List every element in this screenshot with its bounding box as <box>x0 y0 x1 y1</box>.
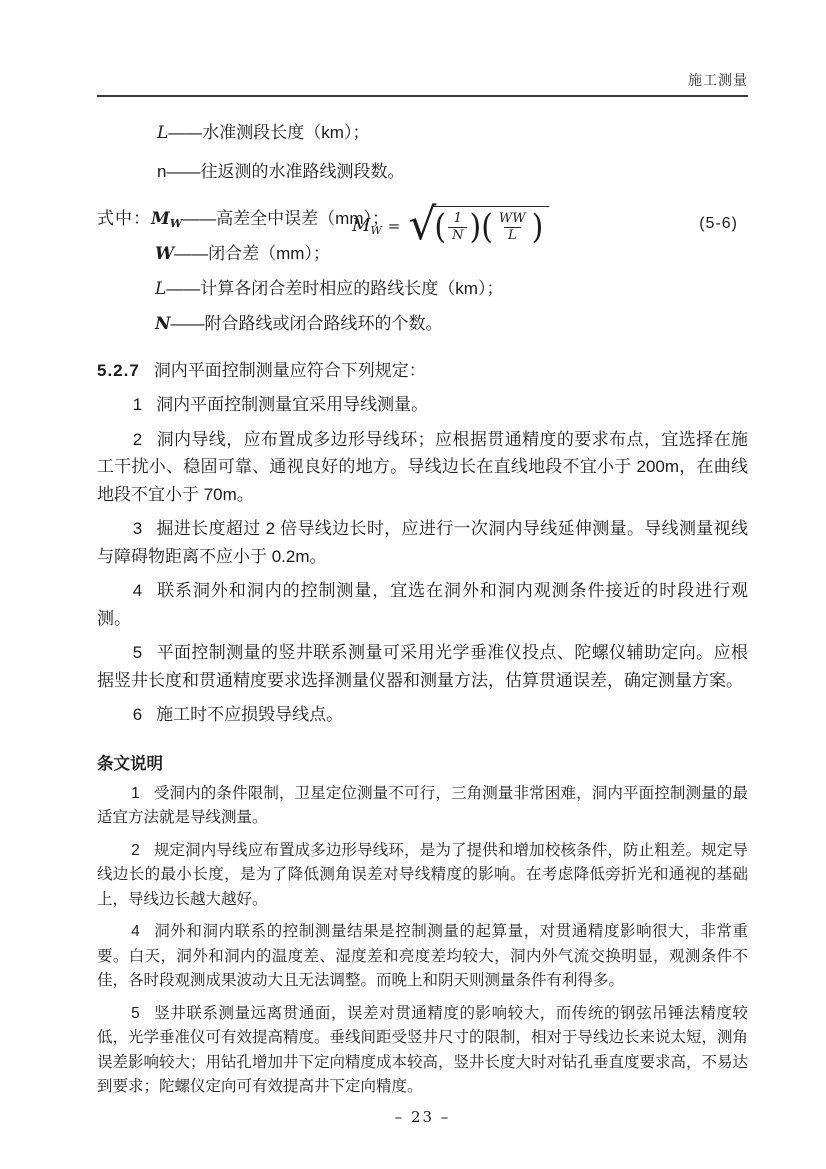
definition-text: ——水准测段长度（km）； <box>168 123 369 142</box>
item-number: 4 <box>131 923 140 940</box>
square-root: √ ( 1 N ) ( WW L ) <box>408 203 549 248</box>
clause-item-3: 3掘进长度超过 2 倍导线边长时，应进行一次洞内导线延伸测量。导线测量视线与障碍… <box>97 515 748 570</box>
commentary-heading: 条文说明 <box>97 750 748 774</box>
math-symbol: L <box>155 279 166 299</box>
close-paren: ) <box>532 211 544 245</box>
item-number: 2 <box>133 430 142 449</box>
item-text: 平面控制测量的竖井联系测量可采用光学垂准仪投点、陀螺仪辅助定向。应根据竖井长度和… <box>97 643 748 690</box>
item-number: 1 <box>131 785 140 802</box>
item-text: 洞外和洞内联系的控制测量结果是控制测量的起算量，对贯通精度影响很大，非常重要。白… <box>97 923 748 989</box>
page-number: – 23 – <box>97 1108 748 1126</box>
item-text: 受洞内的条件限制，卫星定位测量不可行，三角测量非常困难，洞内平面控制测量的最适宜… <box>97 785 748 827</box>
commentary-item-2: 2规定洞内导线应布置成多边形导线环，是为了提供和增加校核条件，防止粗差。规定导线… <box>97 839 748 913</box>
close-paren: ) <box>469 211 481 245</box>
running-header-title: 施工测量 <box>688 72 748 88</box>
item-number: 2 <box>131 842 140 859</box>
commentary-item-4: 4洞外和洞内联系的控制测量结果是控制测量的起算量，对贯通精度影响很大，非常重要。… <box>97 920 748 994</box>
item-number: 6 <box>133 705 142 724</box>
item-text: 掘进长度超过 2 倍导线边长时，应进行一次洞内导线延伸测量。导线测量视线与障碍物… <box>97 519 748 566</box>
definition-line: n——往返测的水准路线测段数。 <box>97 152 748 191</box>
clause-item-6: 6施工时不应损毁导线点。 <box>97 701 748 729</box>
where-line: N——附合路线或闭合路线环的个数。 <box>97 306 748 341</box>
definition-line: L——水准测段长度（km）； <box>97 113 748 152</box>
where-line: L——计算各闭合差时相应的路线长度（km）； <box>97 271 748 306</box>
fraction-WW-over-L: WW L <box>495 212 530 244</box>
item-text: 洞内平面控制测量宜采用导线测量。 <box>156 395 428 414</box>
open-paren: ( <box>481 211 493 245</box>
math-symbol: N <box>155 314 171 334</box>
commentary-item-5: 5竖井联系测量远离贯通面，误差对贯通精度的影响较大，而传统的钢弦吊锤法精度较低，… <box>97 1002 748 1100</box>
clause-title: 5.2.7洞内平面控制测量应符合下列规定： <box>97 357 748 385</box>
math-symbol: W <box>155 244 174 264</box>
item-text: 洞内导线，应布置成多边形导线环；应根据贯通精度的要求布点，宜选择在施工干扰小、稳… <box>97 430 748 504</box>
item-number: 5 <box>131 1005 140 1022</box>
symbol-definitions-top: L——水准测段长度（km）； n——往返测的水准路线测段数。 <box>97 113 748 191</box>
clause-number: 5.2.7 <box>97 361 140 380</box>
equation-number: (5-6) <box>699 215 738 233</box>
document-page: 施工测量 L——水准测段长度（km）； n——往返测的水准路线测段数。 MW =… <box>0 0 826 1169</box>
where-label: 式中： <box>97 209 151 228</box>
clause-title-text: 洞内平面控制测量应符合下列规定： <box>154 361 426 380</box>
clause-item-1: 1洞内平面控制测量宜采用导线测量。 <box>97 391 748 419</box>
item-number: 5 <box>133 643 142 662</box>
item-text: 联系洞外和洞内的控制测量，宜选在洞外和洞内观测条件接近的时段进行观测。 <box>97 581 748 628</box>
equals-sign: = <box>388 217 401 235</box>
item-text: 规定洞内导线应布置成多边形导线环，是为了提供和增加校核条件，防止粗差。规定导线边… <box>97 842 748 908</box>
definition-text: ——附合路线或闭合路线环的个数。 <box>171 314 443 333</box>
item-number: 4 <box>133 581 142 600</box>
radicand: ( 1 N ) ( WW L ) <box>432 206 549 248</box>
clause-item-4: 4联系洞外和洞内的控制测量，宜选在洞外和洞内观测条件接近的时段进行观测。 <box>97 577 748 632</box>
commentary-section: 条文说明 1受洞内的条件限制，卫星定位测量不可行，三角测量非常困难，洞内平面控制… <box>97 750 748 1108</box>
definition-text: ——往返测的水准路线测段数。 <box>166 162 404 181</box>
definition-text: ——闭合差（mm）； <box>174 244 330 263</box>
item-text: 竖井联系测量远离贯通面，误差对贯通精度的影响较大，而传统的钢弦吊锤法精度较低，光… <box>97 1005 748 1096</box>
definition-text: ——计算各闭合差时相应的路线长度（km）； <box>166 279 503 298</box>
commentary-item-1: 1受洞内的条件限制，卫星定位测量不可行，三角测量非常困难，洞内平面控制测量的最适… <box>97 782 748 831</box>
clause-item-5: 5平面控制测量的竖井联系测量可采用光学垂准仪投点、陀螺仪辅助定向。应根据竖井长度… <box>97 639 748 694</box>
fraction-1-over-N: 1 N <box>448 212 467 244</box>
clause-5-2-7: 5.2.7洞内平面控制测量应符合下列规定： 1洞内平面控制测量宜采用导线测量。 … <box>97 357 748 736</box>
math-symbol: L <box>157 123 168 143</box>
item-text: 施工时不应损毁导线点。 <box>156 705 343 724</box>
item-number: 3 <box>133 519 142 538</box>
open-paren: ( <box>434 211 446 245</box>
clause-item-2: 2洞内导线，应布置成多边形导线环；应根据贯通精度的要求布点，宜选择在施工干扰小、… <box>97 426 748 509</box>
header-rule <box>97 95 748 97</box>
equation-lhs: MW <box>352 215 382 237</box>
math-symbol: MW <box>151 209 182 229</box>
item-number: 1 <box>133 395 142 414</box>
equation-5-6: MW = √ ( 1 N ) ( WW L ) <box>352 203 549 248</box>
running-header: 施工测量 <box>97 70 748 90</box>
